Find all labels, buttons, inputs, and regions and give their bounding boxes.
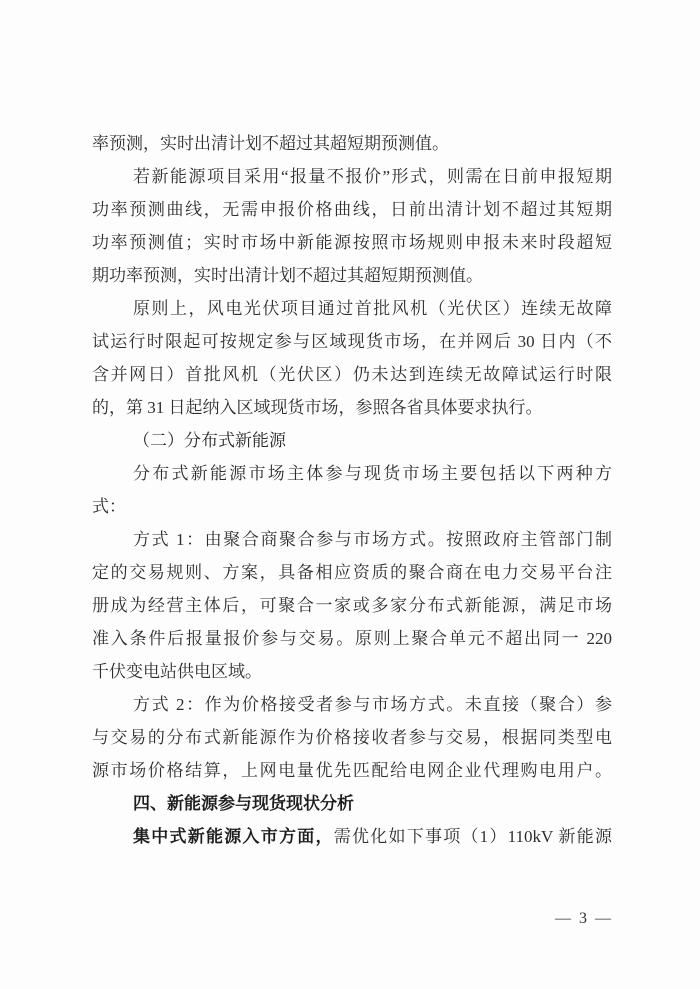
sub-heading-2: （二）分布式新能源 — [92, 424, 612, 457]
text-line: 若新能源项目采用“报量不报价”形式，则需在日前申报短期 — [92, 160, 612, 193]
text-line: 册成为经营主体后，可聚合一家或多家分布式新能源，满足市场 — [92, 589, 612, 622]
text-line: 千伏变电站供电区域。 — [92, 655, 612, 688]
text-line: 源市场价格结算，上网电量优先匹配给电网企业代理购电用户。 — [92, 754, 612, 787]
text-line: 的，第 31 日起纳入区域现货市场，参照各省具体要求执行。 — [92, 391, 612, 424]
document-page: 率预测，实时出清计划不超过其超短期预测值。 若新能源项目采用“报量不报价”形式，… — [0, 0, 700, 989]
text-line: 原则上，风电光伏项目通过首批风机（光伏区）连续无故障 — [92, 292, 612, 325]
regular-text: 需优化如下事项（1）110kV 新能源 — [334, 827, 612, 846]
text-line: 式： — [92, 490, 612, 523]
text-line-mixed: 集中式新能源入市方面，需优化如下事项（1）110kV 新能源 — [92, 820, 612, 853]
bold-lead-text: 集中式新能源入市方面， — [133, 827, 334, 846]
page-number: — 3 — — [555, 907, 613, 931]
text-line: 含并网日）首批风机（光伏区）仍未达到连续无故障试运行时限 — [92, 358, 612, 391]
section-heading-4: 四、新能源参与现货现状分析 — [92, 787, 612, 820]
text-line: 试运行时限起可按规定参与区域现货市场，在并网后 30 日内（不 — [92, 325, 612, 358]
text-line: 分布式新能源市场主体参与现货市场主要包括以下两种方 — [92, 457, 612, 490]
text-line: 功率预测曲线，无需申报价格曲线，日前出清计划不超过其短期 — [92, 193, 612, 226]
text-line: 功率预测值；实时市场中新能源按照市场规则申报未来时段超短 — [92, 226, 612, 259]
text-line: 与交易的分布式新能源作为价格接收者参与交易，根据同类型电 — [92, 721, 612, 754]
text-line: 率预测，实时出清计划不超过其超短期预测值。 — [92, 127, 612, 160]
text-line: 期功率预测，实时出清计划不超过其超短期预测值。 — [92, 259, 612, 292]
text-block: 率预测，实时出清计划不超过其超短期预测值。 若新能源项目采用“报量不报价”形式，… — [92, 127, 612, 853]
text-line: 定的交易规则、方案，具备相应资质的聚合商在电力交易平台注 — [92, 556, 612, 589]
text-line: 方式 1：由聚合商聚合参与市场方式。按照政府主管部门制 — [92, 523, 612, 556]
text-line: 方式 2：作为价格接受者参与市场方式。未直接（聚合）参 — [92, 688, 612, 721]
text-line: 准入条件后报量报价参与交易。原则上聚合单元不超出同一 220 — [92, 622, 612, 655]
